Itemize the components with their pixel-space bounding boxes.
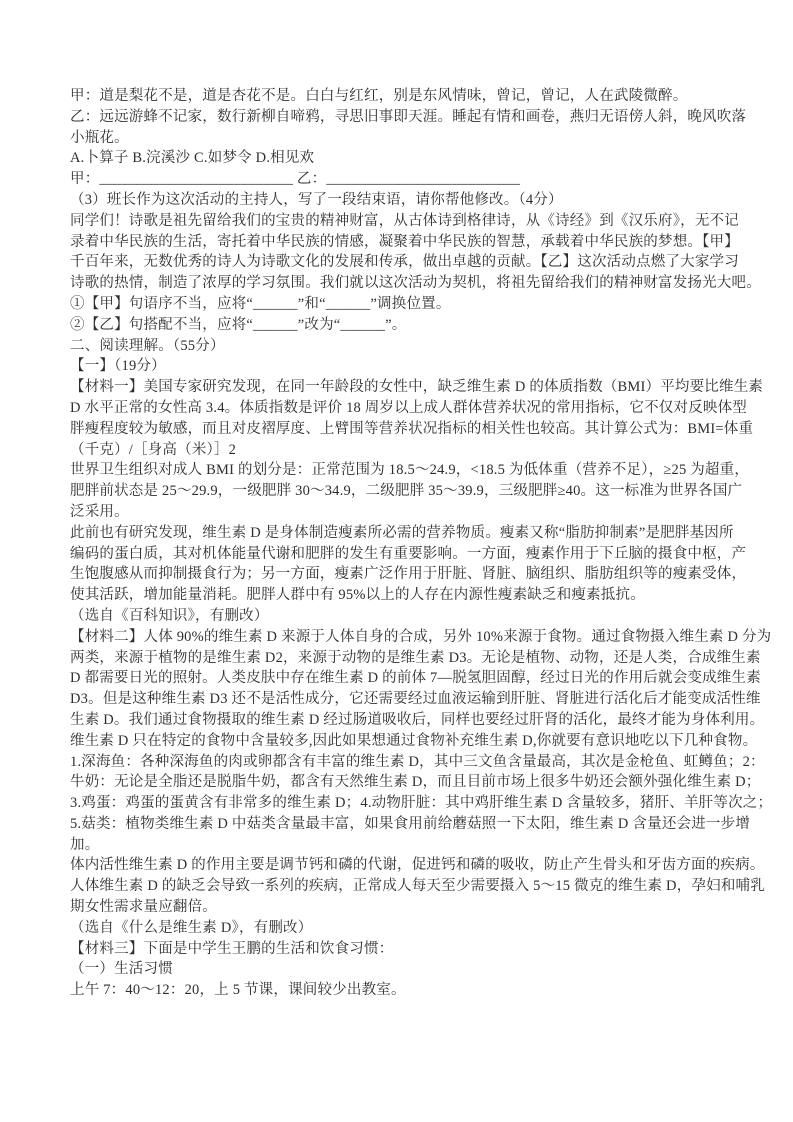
text-line: D 水平正常的女性高 3.4。体质指数是评价 18 周岁以上成人群体营养状况的常… [70, 398, 735, 419]
text-line: 诗歌的热情，制造了浓厚的学习氛围。我们就以这次活动为契机，将祖先留给我们的精神财… [70, 273, 735, 294]
text-line: D 都需要日光的照射。人类皮肤中存在维生素 D 的前体 7—脱氢胆固醇，经过日光… [70, 668, 735, 689]
text-line: 期女性需求量应翻倍。 [70, 897, 735, 918]
text-line: 维生素 D 只在特定的食物中含量较多,因此如果想通过食物补充维生素 D,你就要有… [70, 731, 735, 752]
text-line: 体内活性维生素 D 的作用主要是调节钙和磷的代谢，促进钙和磷的吸收，防止产生骨头… [70, 855, 735, 876]
document-page: 甲：道是梨花不是，道是杏花不是。白白与红红，别是东风情味，曾记，曾记，人在武陵微… [0, 0, 793, 1122]
text-line: 胖瘦程度较为敏感，而且对皮褶厚度、上臂围等营养状况指标的相关性也较高。其计算公式… [70, 419, 735, 440]
text-line: （选自《什么是维生素 D》，有删改） [70, 918, 735, 939]
text-line: （一）生活习惯 [70, 959, 735, 980]
text-line: 3.鸡蛋：鸡蛋的蛋黄含有非常多的维生素 D；4.动物肝脏：其中鸡肝维生素 D 含… [70, 793, 735, 814]
text-line: 生素 D。我们通过食物摄取的维生素 D 经过肠道吸收后，同样也要经过肝肾的活化，… [70, 710, 735, 731]
text-line: （千克）/［身高（米）］2 [70, 440, 735, 461]
text-line: 【材料一】美国专家研究发现，在同一年龄段的女性中，缺乏维生素 D 的体质指数（B… [70, 377, 735, 398]
text-line: 加。 [70, 835, 735, 856]
text-line: 小瓶花。 [70, 128, 735, 149]
text-line: 二、阅读理解。（55分） [70, 336, 735, 357]
text-line: 此前也有研究发现，维生素 D 是身体制造瘦素所必需的营养物质。瘦素又称“脂肪抑制… [70, 523, 735, 544]
text-line: 泛采用。 [70, 502, 735, 523]
text-line: 【一】（19分） [70, 356, 735, 377]
text-line: 录着中华民族的生活，寄托着中华民族的情感，凝聚着中华民族的智慧，承载着中华民族的… [70, 232, 735, 253]
text-line: 5.菇类：植物类维生素 D 中菇类含量最丰富，如果食用前给蘑菇照一下太阳，维生素… [70, 814, 735, 835]
text-line: 两类，来源于植物的是维生素 D2，来源于动物的是维生素 D3。无论是植物、动物，… [70, 648, 735, 669]
text-line: 人体维生素 D 的缺乏会导致一系列的疾病，正常成人每天至少需要摄入 5～15 微… [70, 876, 735, 897]
text-line: 【材料三】下面是中学生王鹏的生活和饮食习惯： [70, 939, 735, 960]
text-line: 1.深海鱼：各种深海鱼的肉或卵都含有丰富的维生素 D，其中三文鱼含量最高，其次是… [70, 752, 735, 773]
text-line: 编码的蛋白质，其对机体能量代谢和肥胖的发生有重要影响。一方面，瘦素作用于下丘脑的… [70, 544, 735, 565]
text-line: 使其活跃，增加能量消耗。肥胖人群中有 95%以上的人存在内源性瘦素缺乏和瘦素抵抗… [70, 585, 735, 606]
text-line: 千百年来，无数优秀的诗人为诗歌文化的发展和传承，做出卓越的贡献。【乙】这次活动点… [70, 252, 735, 273]
text-line: 肥胖前状态是 25～29.9，一级肥胖 30～34.9，二级肥胖 35～39.9… [70, 481, 735, 502]
text-line: 乙：远远游蜂不记家，数行新柳自啼鸦，寻思旧事即天涯。睡起有情和画卷，燕归无语傍人… [70, 107, 735, 128]
text-line: 【材料二】人体 90%的维生素 D 来源于人体自身的合成，另外 10%来源于食物… [70, 627, 735, 648]
text-line: （3）班长作为这次活动的主持人，写了一段结束语，请你帮他修改。（4分） [70, 190, 735, 211]
text-line: 同学们！诗歌是祖先留给我们的宝贵的精神财富，从古体诗到格律诗，从《诗经》到《汉乐… [70, 211, 735, 232]
text-line: 上午 7：40～12：20，上 5 节课，课间较少出教室。 [70, 980, 735, 1001]
text-line: 牛奶：无论是全脂还是脱脂牛奶，都含有天然维生素 D，而且目前市场上很多牛奶还会额… [70, 772, 735, 793]
text-line: （选自《百科知识》，有删改） [70, 606, 735, 627]
text-line: 世界卫生组织对成人 BMI 的划分是：正常范围为 18.5～24.9，<18.5… [70, 460, 735, 481]
text-line: ②【乙】句搭配不当，应将“______”改为“______”。 [70, 315, 735, 336]
text-line: 甲：道是梨花不是，道是杏花不是。白白与红红，别是东风情味，曾记，曾记，人在武陵微… [70, 86, 735, 107]
text-line: A.卜算子 B.浣溪沙 C.如梦令 D.相见欢 [70, 148, 735, 169]
text-line: D3。但是这种维生素 D3 还不是活性成分，它还需要经过血液运输到肝脏、肾脏进行… [70, 689, 735, 710]
text-line: 甲：__________________________ 乙：_________… [70, 169, 735, 190]
document-text-body: 甲：道是梨花不是，道是杏花不是。白白与红红，别是东风情味，曾记，曾记，人在武陵微… [70, 86, 735, 1001]
text-line: 生饱腹感从而抑制摄食行为；另一方面，瘦素广泛作用于肝脏、肾脏、脑组织、脂肪组织等… [70, 564, 735, 585]
text-line: ①【甲】句语序不当，应将“______”和“______”调换位置。 [70, 294, 735, 315]
